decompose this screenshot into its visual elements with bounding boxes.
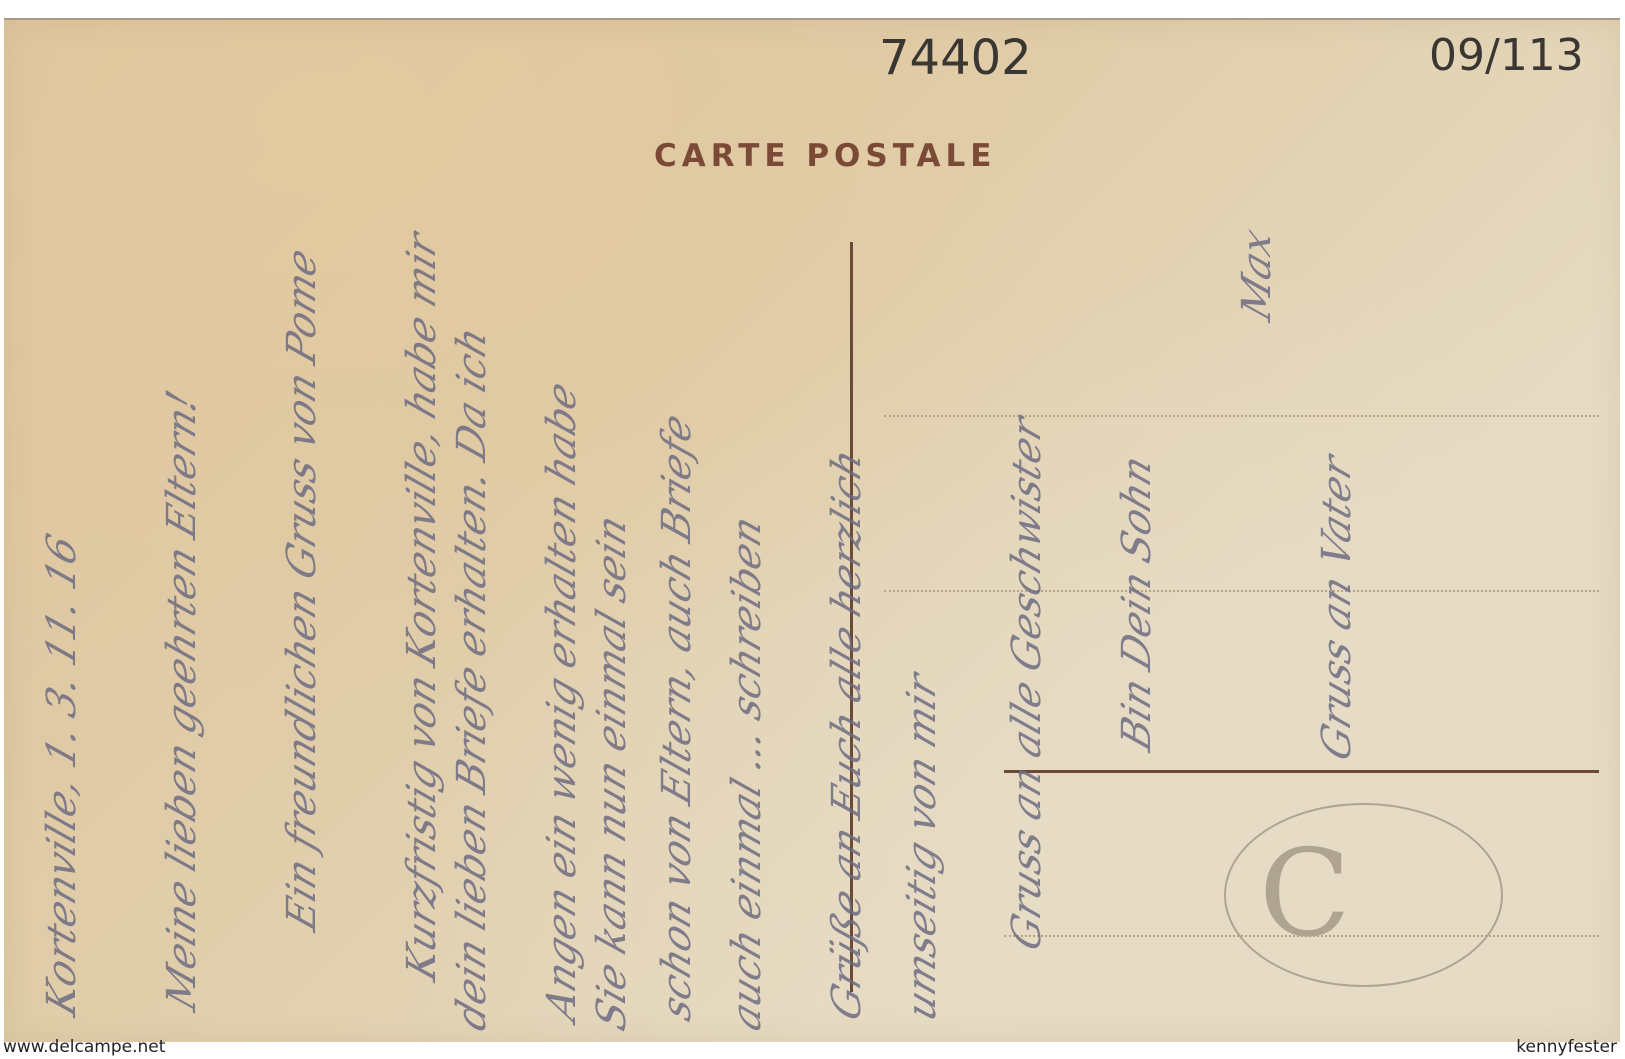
handwritten-line: Gruss an alle Geschwister [1004, 411, 1050, 957]
address-line-1 [884, 415, 1599, 417]
handwritten-line: Angen ein wenig erhalten habe [539, 376, 585, 1027]
source-watermark[interactable]: www.delcampe.net [3, 1037, 165, 1057]
inventory-number: 74402 [879, 30, 1032, 86]
handwritten-line: Grüße an Euch alle herzlich [824, 443, 870, 1027]
handwritten-line: Meine lieben geehrten Eltern! [159, 385, 205, 1017]
lot-number: 09/113 [1429, 30, 1584, 81]
handwritten-line: Gruss an Vater [1314, 449, 1360, 767]
handwritten-line: auch einmal ... schreiben [724, 510, 770, 1037]
seller-watermark[interactable]: kennyfester [1516, 1037, 1617, 1057]
handwritten-line: Bin Dein Sohn [1114, 449, 1160, 756]
postcard-title: CARTE POSTALE [654, 138, 996, 174]
postcard-back: CARTE POSTALE 74402 09/113 C Kortenville… [4, 18, 1620, 1042]
handwritten-line: Kortenville, 1. 3. 11. 16 [39, 528, 85, 1021]
handwritten-line: schon von Eltern, auch Briefe [654, 408, 700, 1027]
handwritten-line: Sie kann nun einmal sein [589, 509, 635, 1037]
handwritten-line: Kurzfristig von Kortenville, habe mir [399, 226, 445, 986]
stamp-mark: C [1259, 825, 1351, 964]
address-line-2 [884, 590, 1599, 592]
divider-horizontal [1004, 770, 1599, 773]
handwritten-line: Max [1234, 223, 1280, 327]
handwritten-line: Ein freundlichen Gruss von Pome [279, 242, 325, 937]
handwritten-line: dein lieben Briefe erhalten. Da ich [449, 321, 495, 1037]
handwritten-line: umseitig von mir [899, 667, 945, 1027]
